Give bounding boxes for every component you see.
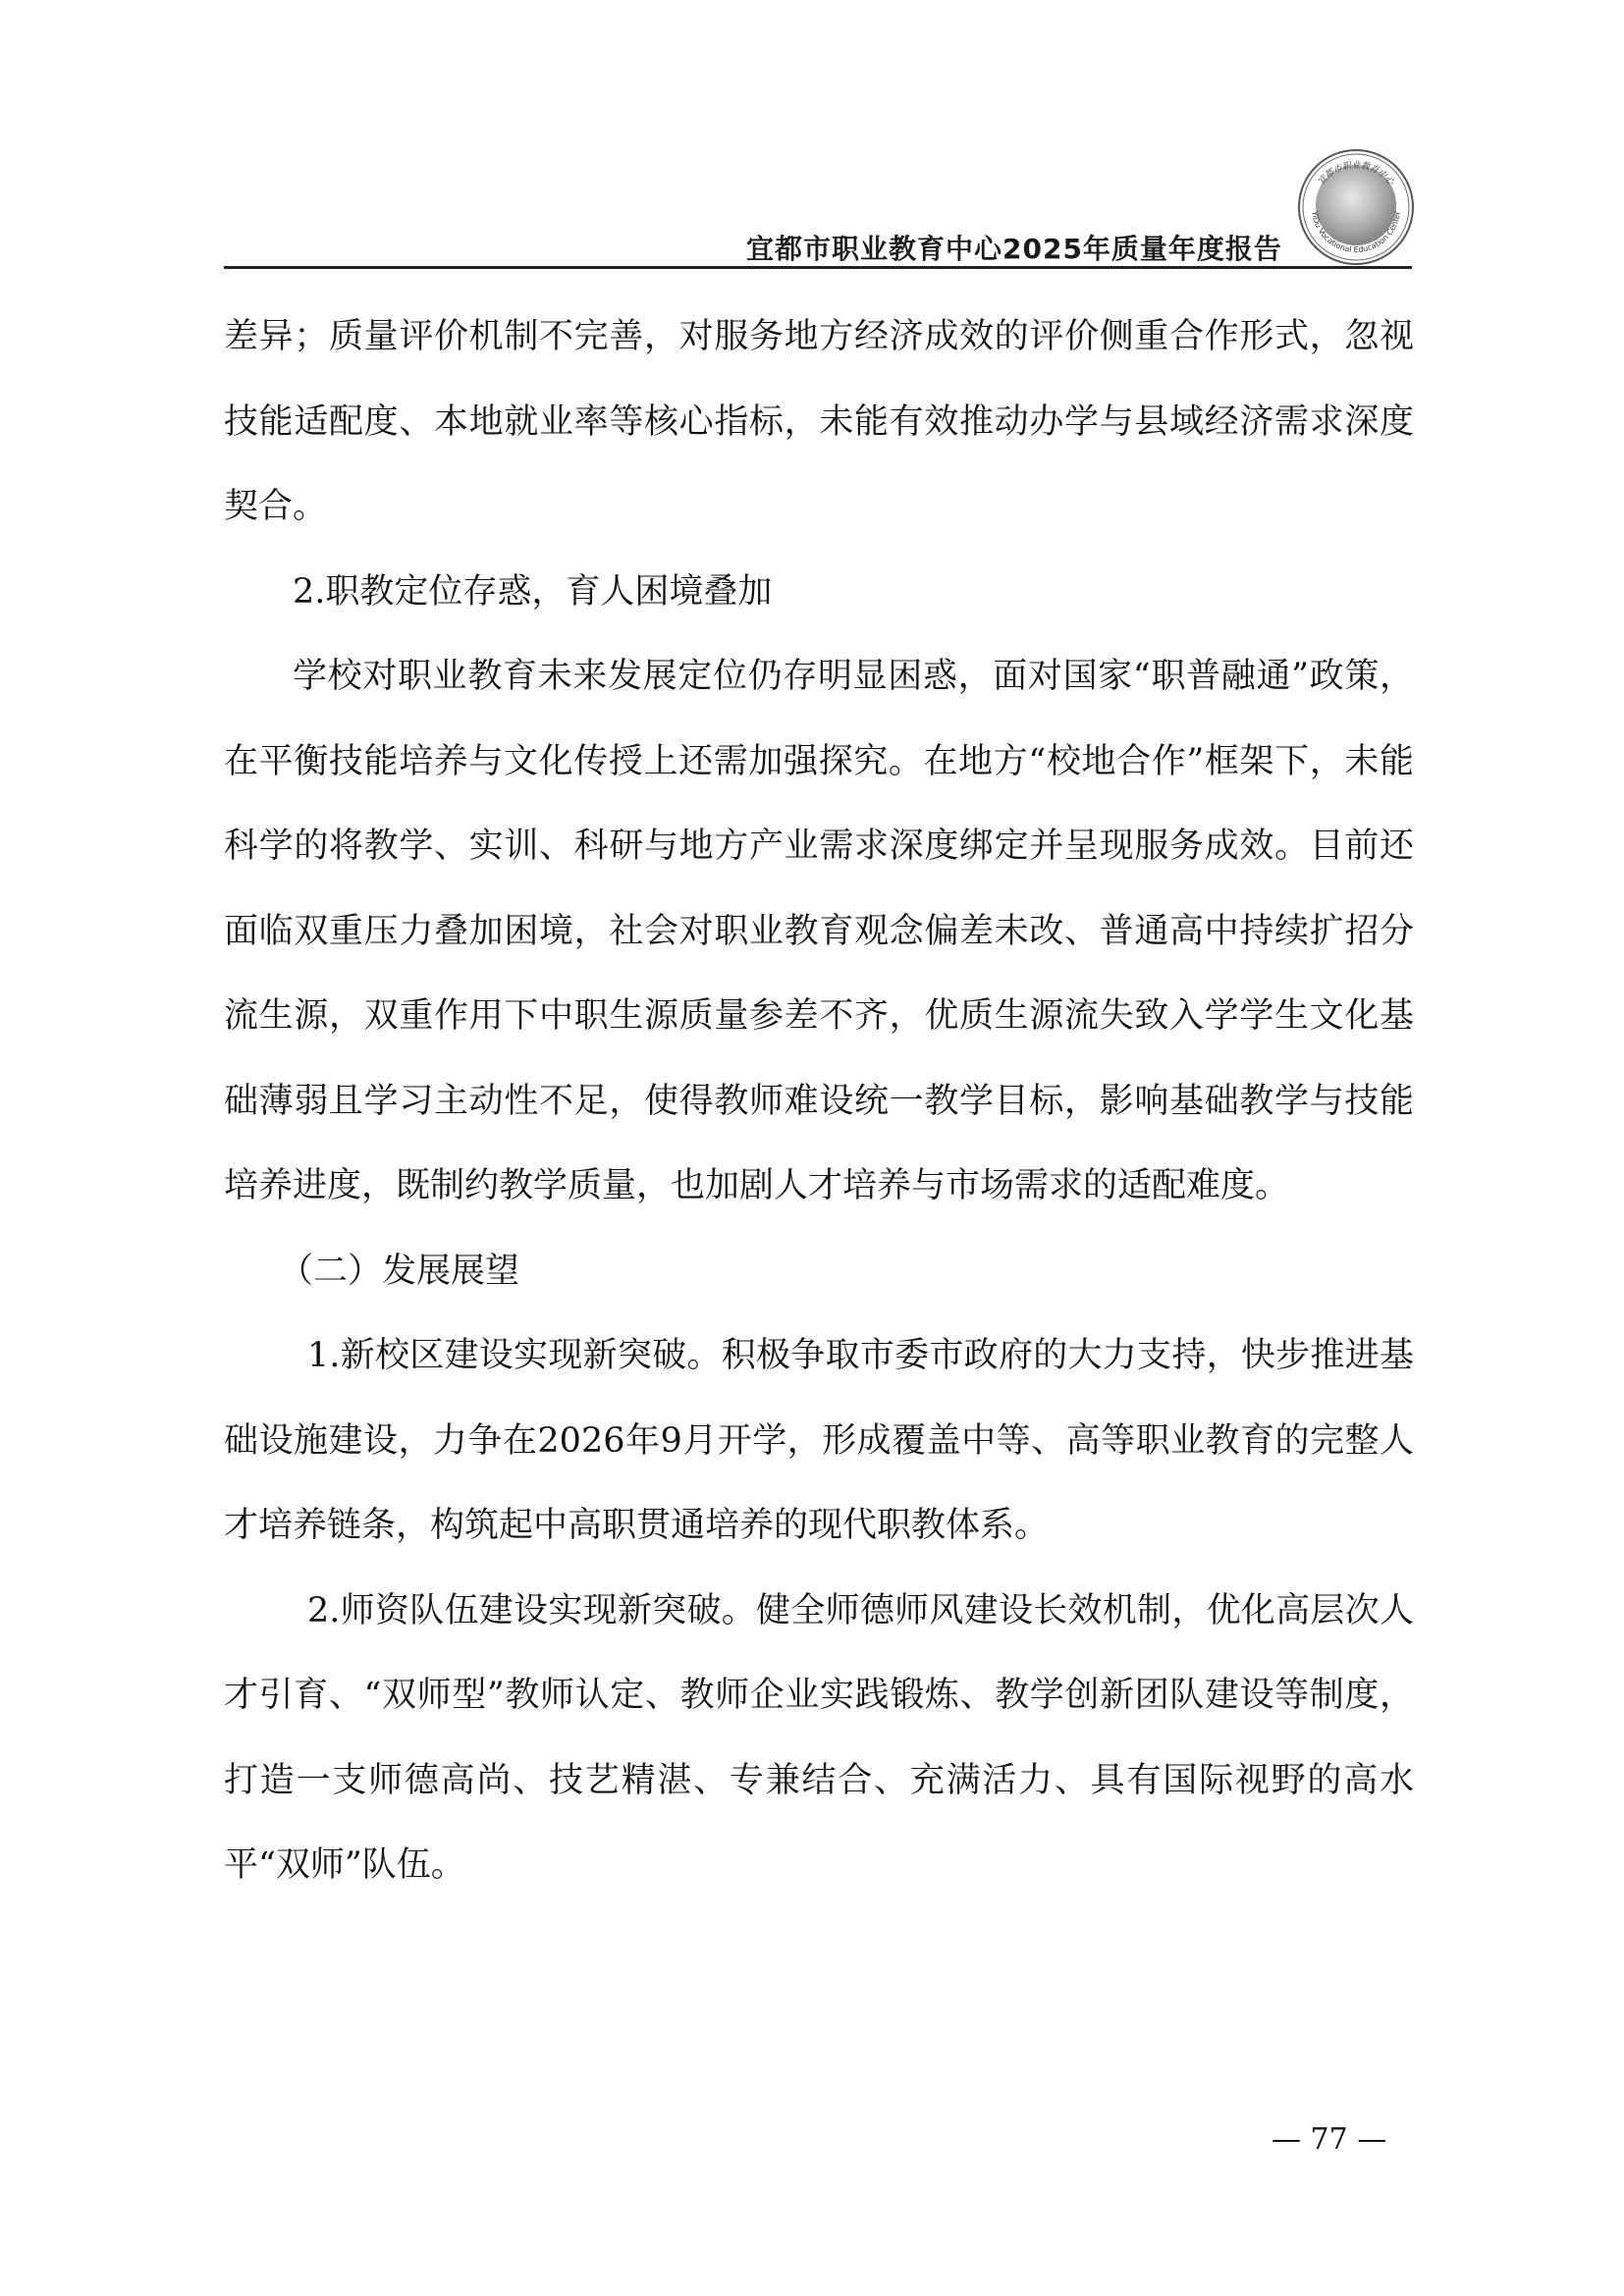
school-seal-logo: 宜都市职业教育中心 YiDu Vocational Education Cent… [1298, 149, 1414, 265]
subheading-positioning-dilemma: 2.职教定位存惑，育人困境叠加 [224, 550, 1414, 635]
paragraph-continuation: 差异；质量评价机制不完善，对服务地方经济成效的评价侧重合作形式，忽视技能适配度、… [224, 294, 1414, 550]
report-header-title: 宜都市职业教育中心2025年质量年度报告 [746, 228, 1282, 267]
header-divider [224, 266, 1412, 269]
page-number: — 77 — [1272, 2122, 1386, 2157]
paragraph-positioning-dilemma: 学校对职业教育未来发展定位仍存明显困惑，面对国家“职普融通”政策，在平衡技能培养… [224, 634, 1414, 1229]
seal-arc-text: 宜都市职业教育中心 YiDu Vocational Education Cent… [1300, 151, 1412, 263]
section-heading-outlook: （二）发展展望 [224, 1229, 1414, 1314]
paragraph-new-campus: 1.新校区建设实现新突破。积极争取市委市政府的大力支持，快步推进基础设施建设，力… [224, 1313, 1414, 1569]
svg-text:YiDu Vocational Education Cent: YiDu Vocational Education Center [1310, 210, 1402, 254]
svg-text:宜都市职业教育中心: 宜都市职业教育中心 [1316, 160, 1397, 188]
paragraph-teaching-staff: 2.师资队伍建设实现新突破。健全师德师风建设长效机制，优化高层次人才引育、“双师… [224, 1569, 1414, 1908]
document-body: 差异；质量评价机制不完善，对服务地方经济成效的评价侧重合作形式，忽视技能适配度、… [224, 294, 1414, 1908]
